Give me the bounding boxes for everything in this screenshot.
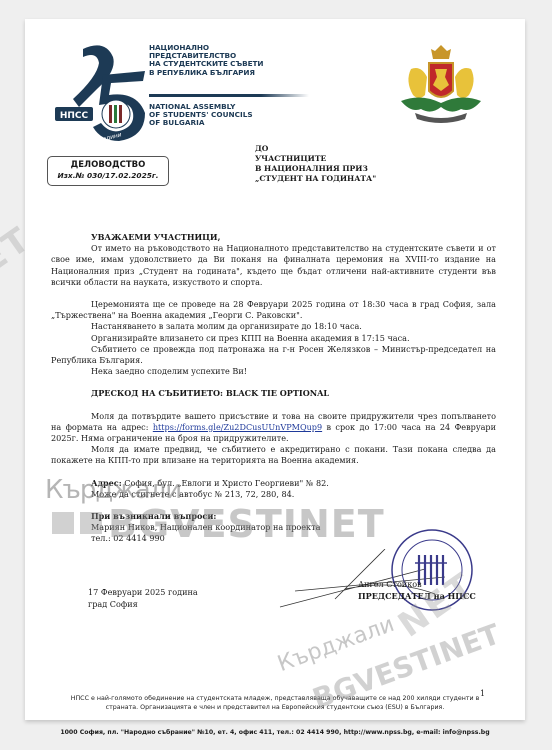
bus-line: Може да стигнете с автобус № 213, 72, 28… <box>51 489 496 500</box>
bulgarian-coat-of-arms-icon <box>391 41 491 131</box>
letter-body: УВАЖАЕМИ УЧАСТНИЦИ, От името на ръководс… <box>51 232 496 545</box>
footer-description: НПСС е най-голямото обединение на студен… <box>25 695 525 712</box>
signatory-title: ПРЕДСЕДАТЕЛ на НПСС <box>358 590 476 602</box>
paragraph-invitation: От името на ръководството на Националнот… <box>51 243 496 288</box>
paragraph-rsvp: Моля да потвърдите вашето присъствие и т… <box>51 411 496 445</box>
paragraph-closing-wish: Нека заедно споделим успехите Ви! <box>51 366 496 377</box>
address-line: Адрес: София, бул. „Евлоги и Христо Геор… <box>51 478 496 489</box>
footer-contact: 1000 София, пл. "Народно събрание" №10, … <box>25 729 525 736</box>
document-page: НПСС 2000 - 2025 години НАЦИОНАЛНО ПРЕДС… <box>25 19 525 720</box>
paragraph-venue: Церемонията ще се проведе на 28 Февруари… <box>51 299 496 321</box>
watermark-square-1 <box>52 512 74 534</box>
registry-stamp: ДЕЛОВОДСТВО Изх.№ 030/17.02.2025г. <box>47 156 169 186</box>
dresscode-heading: ДРЕСКОД НА СЪБИТИЕТО: BLACK TIE OPTIONAL <box>51 388 496 399</box>
rsvp-form-link[interactable]: https://forms.gle/Zu2DCusUUnVPMQup9 <box>153 422 322 432</box>
signatory-name: Ангел Стойков <box>358 578 476 590</box>
signatory-block: Ангел Стойков ПРЕДСЕДАТЕЛ на НПСС <box>358 578 476 602</box>
letter-date: 17 Февруари 2025 година град София <box>88 586 198 610</box>
questions-heading: При възникнали въпроси: <box>51 511 496 522</box>
paragraph-seating: Настаняването в залата молим да организи… <box>51 321 496 332</box>
recipient-block: ДО УЧАСТНИЦИТЕ В НАЦИОНАЛНИЯ ПРИЗ „СТУДЕ… <box>255 144 376 184</box>
coat-of-arms-icon <box>115 49 215 139</box>
watermark-square-2 <box>80 512 102 534</box>
registry-title: ДЕЛОВОДСТВО <box>48 160 168 170</box>
registry-number: Изх.№ 030/17.02.2025г. <box>48 171 168 180</box>
svg-text:НПСС: НПСС <box>60 111 89 121</box>
paragraph-patronage: Събитието се провежда под патронажа на г… <box>51 344 496 366</box>
salutation: УВАЖАЕМИ УЧАСТНИЦИ, <box>51 232 496 243</box>
paragraph-entry: Организирайте влизането си през КПП на В… <box>51 333 496 344</box>
paragraph-accreditation: Моля да имате предвид, че събитието е ак… <box>51 444 496 466</box>
